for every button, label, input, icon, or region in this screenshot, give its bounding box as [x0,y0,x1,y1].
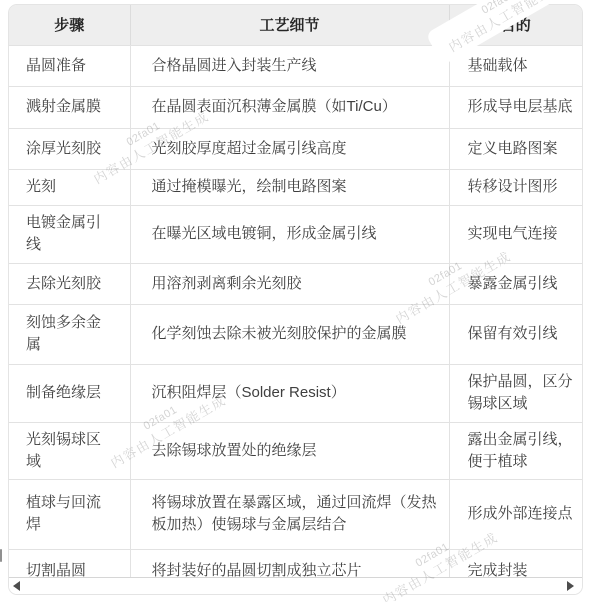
detail-cell: 在晶圆表面沉积薄金属膜（如Ti/Cu） [130,86,449,128]
process-table-card: 步骤 工艺细节 目的 晶圆准备 合格晶圆进入封装生产线 基础载体 溅射金属膜 在… [8,4,583,595]
detail-cell: 通过掩模曝光，绘制电路图案 [130,169,449,205]
table-row: 去除光刻胶 用溶剂剥离剩余光刻胶 暴露金属引线 [9,263,582,304]
step-cell: 去除光刻胶 [9,263,130,304]
table-row: 电镀金属引 线 在曝光区域电镀铜，形成金属引线 实现电气连接 [9,205,582,263]
purpose-cell: 保护晶圆，区分 锡球区域 [449,364,582,422]
purpose-cell: 实现电气连接 [449,205,582,263]
detail-cell: 在曝光区域电镀铜，形成金属引线 [130,205,449,263]
page-edge-scrollbar-thumb[interactable] [0,549,2,562]
purpose-cell: 基础载体 [449,45,582,86]
table-row: 植球与回流 焊 将锡球放置在暴露区域，通过回流焊（发热 板加热）使锡球与金属层结… [9,479,582,549]
purpose-cell: 露出金属引线， 便于植球 [449,422,582,479]
scroll-right-arrow-icon[interactable] [567,581,574,591]
process-table: 步骤 工艺细节 目的 晶圆准备 合格晶圆进入封装生产线 基础载体 溅射金属膜 在… [9,5,582,577]
step-cell: 晶圆准备 [9,45,130,86]
horizontal-scrollbar[interactable] [9,577,582,594]
detail-cell: 化学刻蚀去除未被光刻胶保护的金属膜 [130,304,449,364]
purpose-cell: 保留有效引线 [449,304,582,364]
step-cell: 溅射金属膜 [9,86,130,128]
step-cell: 植球与回流 焊 [9,479,130,549]
step-cell: 刻蚀多余金 属 [9,304,130,364]
detail-cell: 去除锡球放置处的绝缘层 [130,422,449,479]
header-step: 步骤 [9,5,130,45]
table-row: 切割晶圆 将封装好的晶圆切割成独立芯片 完成封装 [9,549,582,577]
detail-cell: 用溶剂剥离剩余光刻胶 [130,263,449,304]
step-cell: 光刻 [9,169,130,205]
table-row: 光刻锡球区 域 去除锡球放置处的绝缘层 露出金属引线， 便于植球 [9,422,582,479]
table-row: 溅射金属膜 在晶圆表面沉积薄金属膜（如Ti/Cu） 形成导电层基底 [9,86,582,128]
purpose-cell: 形成导电层基底 [449,86,582,128]
header-detail: 工艺细节 [130,5,449,45]
purpose-cell: 形成外部连接点 [449,479,582,549]
scroll-left-arrow-icon[interactable] [13,581,20,591]
detail-cell: 将封装好的晶圆切割成独立芯片 [130,549,449,577]
detail-cell: 将锡球放置在暴露区域，通过回流焊（发热 板加热）使锡球与金属层结合 [130,479,449,549]
step-cell: 切割晶圆 [9,549,130,577]
step-cell: 涂厚光刻胶 [9,128,130,169]
purpose-cell: 暴露金属引线 [449,263,582,304]
table-body: 晶圆准备 合格晶圆进入封装生产线 基础载体 溅射金属膜 在晶圆表面沉积薄金属膜（… [9,45,582,577]
header-purpose: 目的 [449,5,582,45]
table-row: 光刻 通过掩模曝光，绘制电路图案 转移设计图形 [9,169,582,205]
purpose-cell: 定义电路图案 [449,128,582,169]
table-row: 刻蚀多余金 属 化学刻蚀去除未被光刻胶保护的金属膜 保留有效引线 [9,304,582,364]
detail-cell: 沉积阻焊层（Solder Resist） [130,364,449,422]
purpose-cell: 完成封装 [449,549,582,577]
page: 步骤 工艺细节 目的 晶圆准备 合格晶圆进入封装生产线 基础载体 溅射金属膜 在… [0,0,591,602]
table-scroll-viewport[interactable]: 步骤 工艺细节 目的 晶圆准备 合格晶圆进入封装生产线 基础载体 溅射金属膜 在… [9,5,582,577]
table-row: 晶圆准备 合格晶圆进入封装生产线 基础载体 [9,45,582,86]
purpose-cell: 转移设计图形 [449,169,582,205]
step-cell: 光刻锡球区 域 [9,422,130,479]
detail-cell: 合格晶圆进入封装生产线 [130,45,449,86]
detail-cell: 光刻胶厚度超过金属引线高度 [130,128,449,169]
step-cell: 制备绝缘层 [9,364,130,422]
table-row: 制备绝缘层 沉积阻焊层（Solder Resist） 保护晶圆，区分 锡球区域 [9,364,582,422]
step-cell: 电镀金属引 线 [9,205,130,263]
header-row: 步骤 工艺细节 目的 [9,5,582,45]
table-row: 涂厚光刻胶 光刻胶厚度超过金属引线高度 定义电路图案 [9,128,582,169]
